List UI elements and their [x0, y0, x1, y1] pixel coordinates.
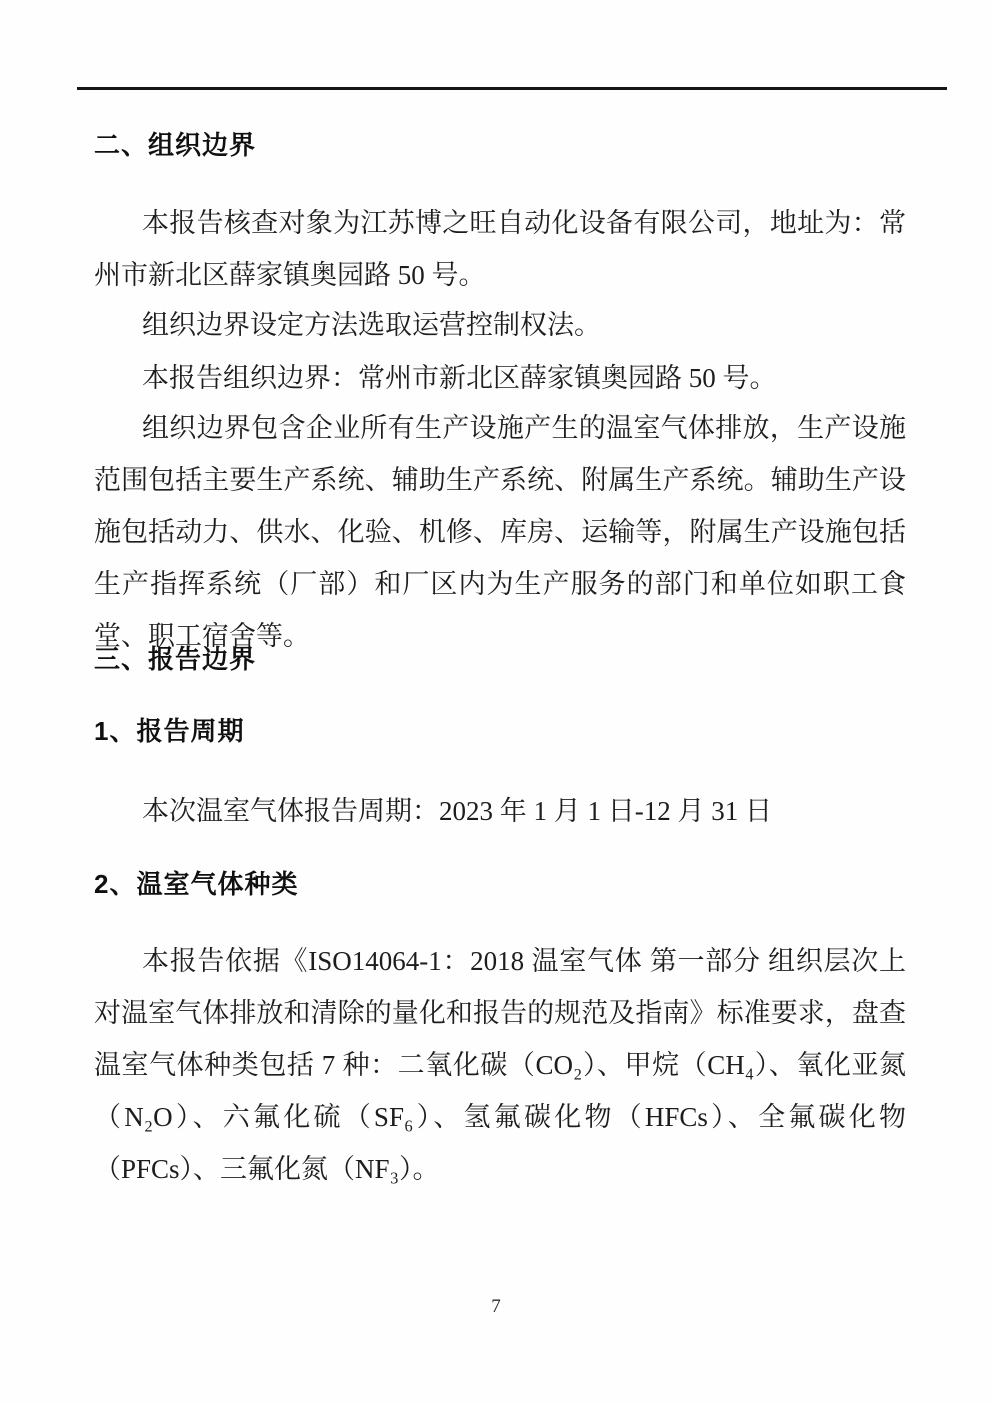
paragraph-boundary-method: 组织边界设定方法选取运营控制权法。 [94, 299, 906, 351]
page-number: 7 [0, 1296, 992, 1318]
subheading-report-period: 1、报告周期 [94, 714, 906, 748]
section-heading-report-boundary: 三、报告边界 [94, 642, 906, 676]
paragraph-report-period: 本次温室气体报告周期：2023 年 1 月 1 日-12 月 31 日 [94, 785, 906, 837]
section-heading-organization-boundary: 二、组织边界 [94, 128, 906, 162]
paragraph-report-boundary-address: 本报告组织边界：常州市新北区薛家镇奥园路 50 号。 [94, 352, 906, 404]
paragraph-ghg-types: 本报告依据《ISO14064-1：2018 温室气体 第一部分 组织层次上对温室… [94, 935, 906, 1195]
paragraph-verification-subject: 本报告核查对象为江苏博之旺自动化设备有限公司，地址为：常州市新北区薛家镇奥园路 … [94, 197, 906, 301]
header-rule [77, 87, 947, 90]
document-page: 二、组织边界 本报告核查对象为江苏博之旺自动化设备有限公司，地址为：常州市新北区… [0, 0, 992, 1404]
subheading-ghg-types: 2、温室气体种类 [94, 867, 906, 901]
paragraph-boundary-scope: 组织边界包含企业所有生产设施产生的温室气体排放，生产设施范围包括主要生产系统、辅… [94, 402, 906, 662]
